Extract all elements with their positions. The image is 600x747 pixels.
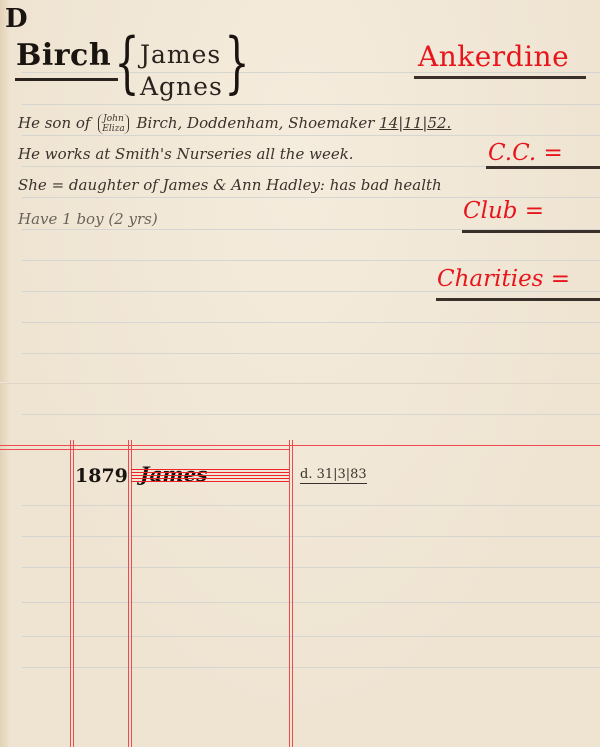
ruled-line [22,536,600,537]
ruled-line [22,322,600,323]
ruled-line [22,667,600,668]
ruled-line [22,505,600,506]
paper-fold [0,382,600,384]
note-origin: Birch, Doddenham, Shoemaker [136,114,374,132]
column-rule-year-2 [73,440,74,747]
left-brace: { [114,30,139,96]
right-brace: } [224,30,249,96]
ruled-line [22,636,600,637]
parish-name: Ankerdine [418,40,569,73]
index-letter: D [5,4,28,34]
child-birth-year: 1879 [75,465,128,487]
table-top-rule-2 [0,449,290,450]
ruled-line [22,602,600,603]
cc-field-label: C.C. = [488,140,563,166]
note-line-wife: She = daughter of James & Ann Hadley: ha… [18,176,442,194]
charities-field-label: Charities = [437,266,570,292]
given-name-wife: Agnes [140,72,223,101]
table-top-rule [0,445,600,446]
cc-field-line [486,166,600,169]
note-line-parentage: He son of John Eliza Birch, Doddenham, S… [18,114,451,134]
charities-field-line [436,298,600,301]
ruled-line [22,567,600,568]
note-line-work: He works at Smith's Nurseries all the we… [18,145,354,163]
note-line-children: Have 1 boy (2 yrs) [18,210,158,228]
ruled-line [22,260,600,261]
note-prefix: He son of [18,114,90,132]
column-rule-note [289,440,290,747]
column-rule-name [128,440,129,747]
column-rule-note-2 [292,440,293,747]
ruled-line [22,135,600,136]
ruled-line [22,104,600,105]
club-field-label: Club = [463,198,544,224]
birth-date: 14|11|52. [379,114,451,132]
parish-underline [414,76,586,79]
surname: Birch [16,38,111,73]
ruled-line [22,414,600,415]
club-field-line [462,230,600,233]
ruled-line [22,353,600,354]
given-name-husband: James [140,40,221,69]
column-rule-year [70,440,71,747]
surname-underline [15,78,118,81]
father-names: John Eliza [98,114,128,134]
child-death-note: d. 31|3|83 [300,467,367,482]
strikethrough-lines [131,469,289,483]
column-rule-name-2 [131,440,132,747]
